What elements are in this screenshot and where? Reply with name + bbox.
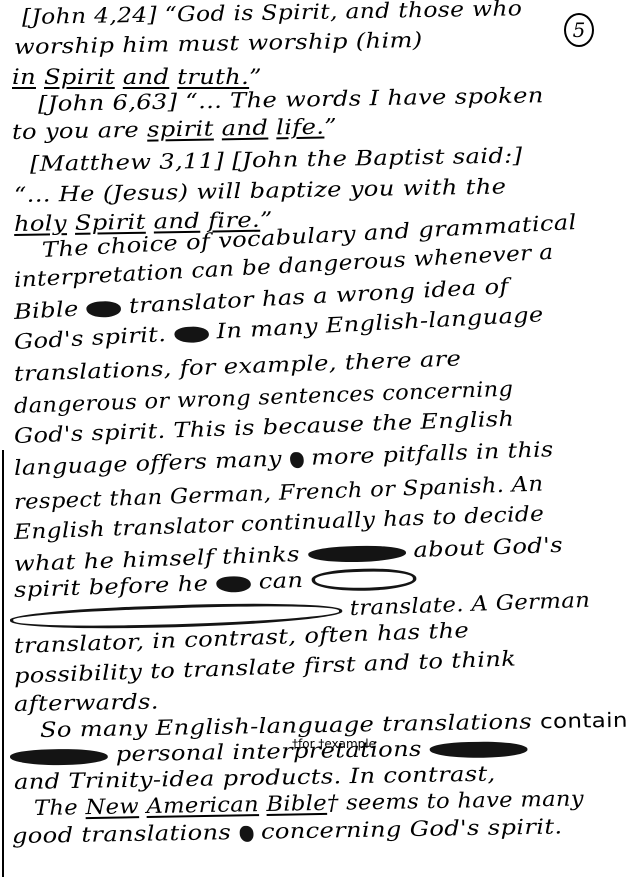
underlined-word: New (85, 794, 139, 819)
crossed-out-scribble (216, 575, 251, 592)
text-fragment: “... He (Jesus) will baptize you with th… (14, 174, 507, 207)
text-fragment: concerning God's spirit. (253, 814, 563, 843)
text-fragment: Bible (13, 296, 87, 324)
page-edge-rule (2, 450, 4, 877)
text-fragment: more pitfalls in this (303, 437, 554, 470)
text-fragment: ” (324, 114, 337, 138)
text-fragment: can (250, 568, 311, 594)
text-fragment: ” (249, 65, 262, 89)
underlined-word: in (12, 65, 36, 89)
text-fragment: language offers many (14, 446, 291, 480)
underlined-word: truth. (177, 65, 249, 89)
handwritten-line: [Matthew 3,11] [John the Baptist said:] (30, 143, 523, 176)
underlined-word: life. (276, 115, 324, 140)
text-fragment: afterwards. (14, 689, 159, 716)
underlined-word: holy (14, 211, 67, 236)
crossed-out-scribble (239, 825, 253, 841)
handwritten-line: worship him must worship (him) (14, 28, 423, 59)
text-fragment: [Matthew 3,11] [John the Baptist said:] (30, 143, 523, 176)
page-number-circle: 5 (564, 13, 594, 47)
handwritten-page: 5 [John 4,24] “God is Spirit, and those … (0, 0, 638, 877)
handwritten-line: good translations concerning God's spiri… (12, 814, 563, 848)
text-fragment: The (34, 795, 86, 820)
handwritten-line: [John 4,24] “God is Spirit, and those wh… (22, 0, 523, 29)
text-fragment: † seems to have many (327, 786, 584, 814)
text-fragment: to you are (12, 118, 147, 144)
underlined-word: American (146, 792, 259, 818)
text-fragment: translate. A German (342, 588, 591, 621)
handwritten-line: “... He (Jesus) will baptize you with th… (14, 174, 507, 207)
text-fragment: [John 4,24] “God is Spirit, and those wh… (22, 0, 523, 29)
text-fragment: spirit before he (14, 571, 217, 602)
text-fragment: personal interpretations (108, 737, 430, 767)
handwritten-line: to you are spirit and life.” (12, 114, 337, 144)
underlined-word: Spirit (44, 65, 115, 89)
crossed-out-scribble (308, 544, 406, 563)
crossed-out-scribble (289, 451, 303, 467)
crossed-out-scribble (174, 325, 209, 343)
text-fragment: God's spirit. (13, 322, 174, 354)
underlined-word: Spirit (75, 210, 146, 235)
text-fragment: about God's (405, 533, 563, 562)
underlined-word: spirit (147, 116, 214, 141)
crossed-out-scribble (86, 300, 121, 318)
underlined-word: Bible (266, 791, 327, 816)
crossed-out-scribble (430, 740, 528, 758)
text-fragment (169, 65, 177, 89)
text-fragment (36, 65, 44, 89)
crossed-out-scribble (10, 748, 108, 766)
text-fragment: good translations (12, 820, 240, 848)
text-fragment: worship him must worship (him) (14, 28, 423, 59)
handwritten-line: in Spirit and truth.” (12, 65, 262, 89)
crossed-out-scribble (311, 566, 416, 592)
printed-insertion: contain (540, 708, 628, 734)
insertion-note: †for †example (292, 737, 376, 751)
handwritten-line: afterwards. (14, 689, 159, 716)
underlined-word: and (221, 116, 268, 141)
underlined-word: and (123, 65, 169, 89)
